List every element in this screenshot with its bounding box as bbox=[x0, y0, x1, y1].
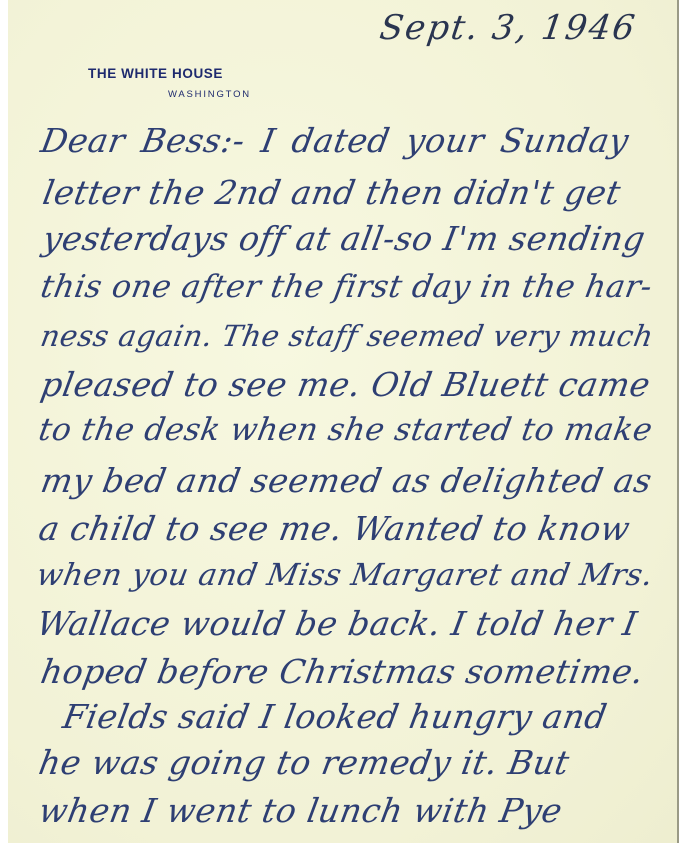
letter-line: Fields said I looked hungry and bbox=[60, 697, 610, 736]
letter-line: he was going to remedy it. But bbox=[36, 743, 572, 782]
letter-line: this one after the first day in the har- bbox=[38, 269, 655, 305]
letter-line: when I went to lunch with Pye bbox=[36, 791, 566, 830]
letter-line: hoped before Christmas sometime. bbox=[38, 652, 647, 691]
letter-line: yesterdays off at all-so I'm sending bbox=[40, 219, 649, 258]
letter-line: pleased to see me. Old Bluett came bbox=[38, 365, 654, 404]
letter-line: letter the 2nd and then didn't get bbox=[40, 173, 624, 212]
letter-line: Wallace would be back. I told her I bbox=[34, 604, 640, 643]
letter-line: ness again. The staff seemed very much bbox=[38, 319, 656, 353]
letter-date: Sept. 3, 1946 bbox=[377, 8, 639, 48]
letter-line: when you and Miss Margaret and Mrs. bbox=[34, 558, 656, 593]
letter-line: to the desk when she started to make bbox=[36, 412, 655, 448]
letterhead-subtitle: WASHINGTON bbox=[168, 89, 251, 100]
letter-line: my bed and seemed as delighted as bbox=[38, 461, 655, 500]
letter-line: Dear Bess:- I dated your Sunday bbox=[38, 121, 632, 160]
letter-line: a child to see me. Wanted to know bbox=[36, 509, 633, 548]
letterhead-title: THE WHITE HOUSE bbox=[88, 66, 223, 81]
letter-page: Sept. 3, 1946 THE WHITE HOUSE WASHINGTON… bbox=[8, 0, 679, 843]
